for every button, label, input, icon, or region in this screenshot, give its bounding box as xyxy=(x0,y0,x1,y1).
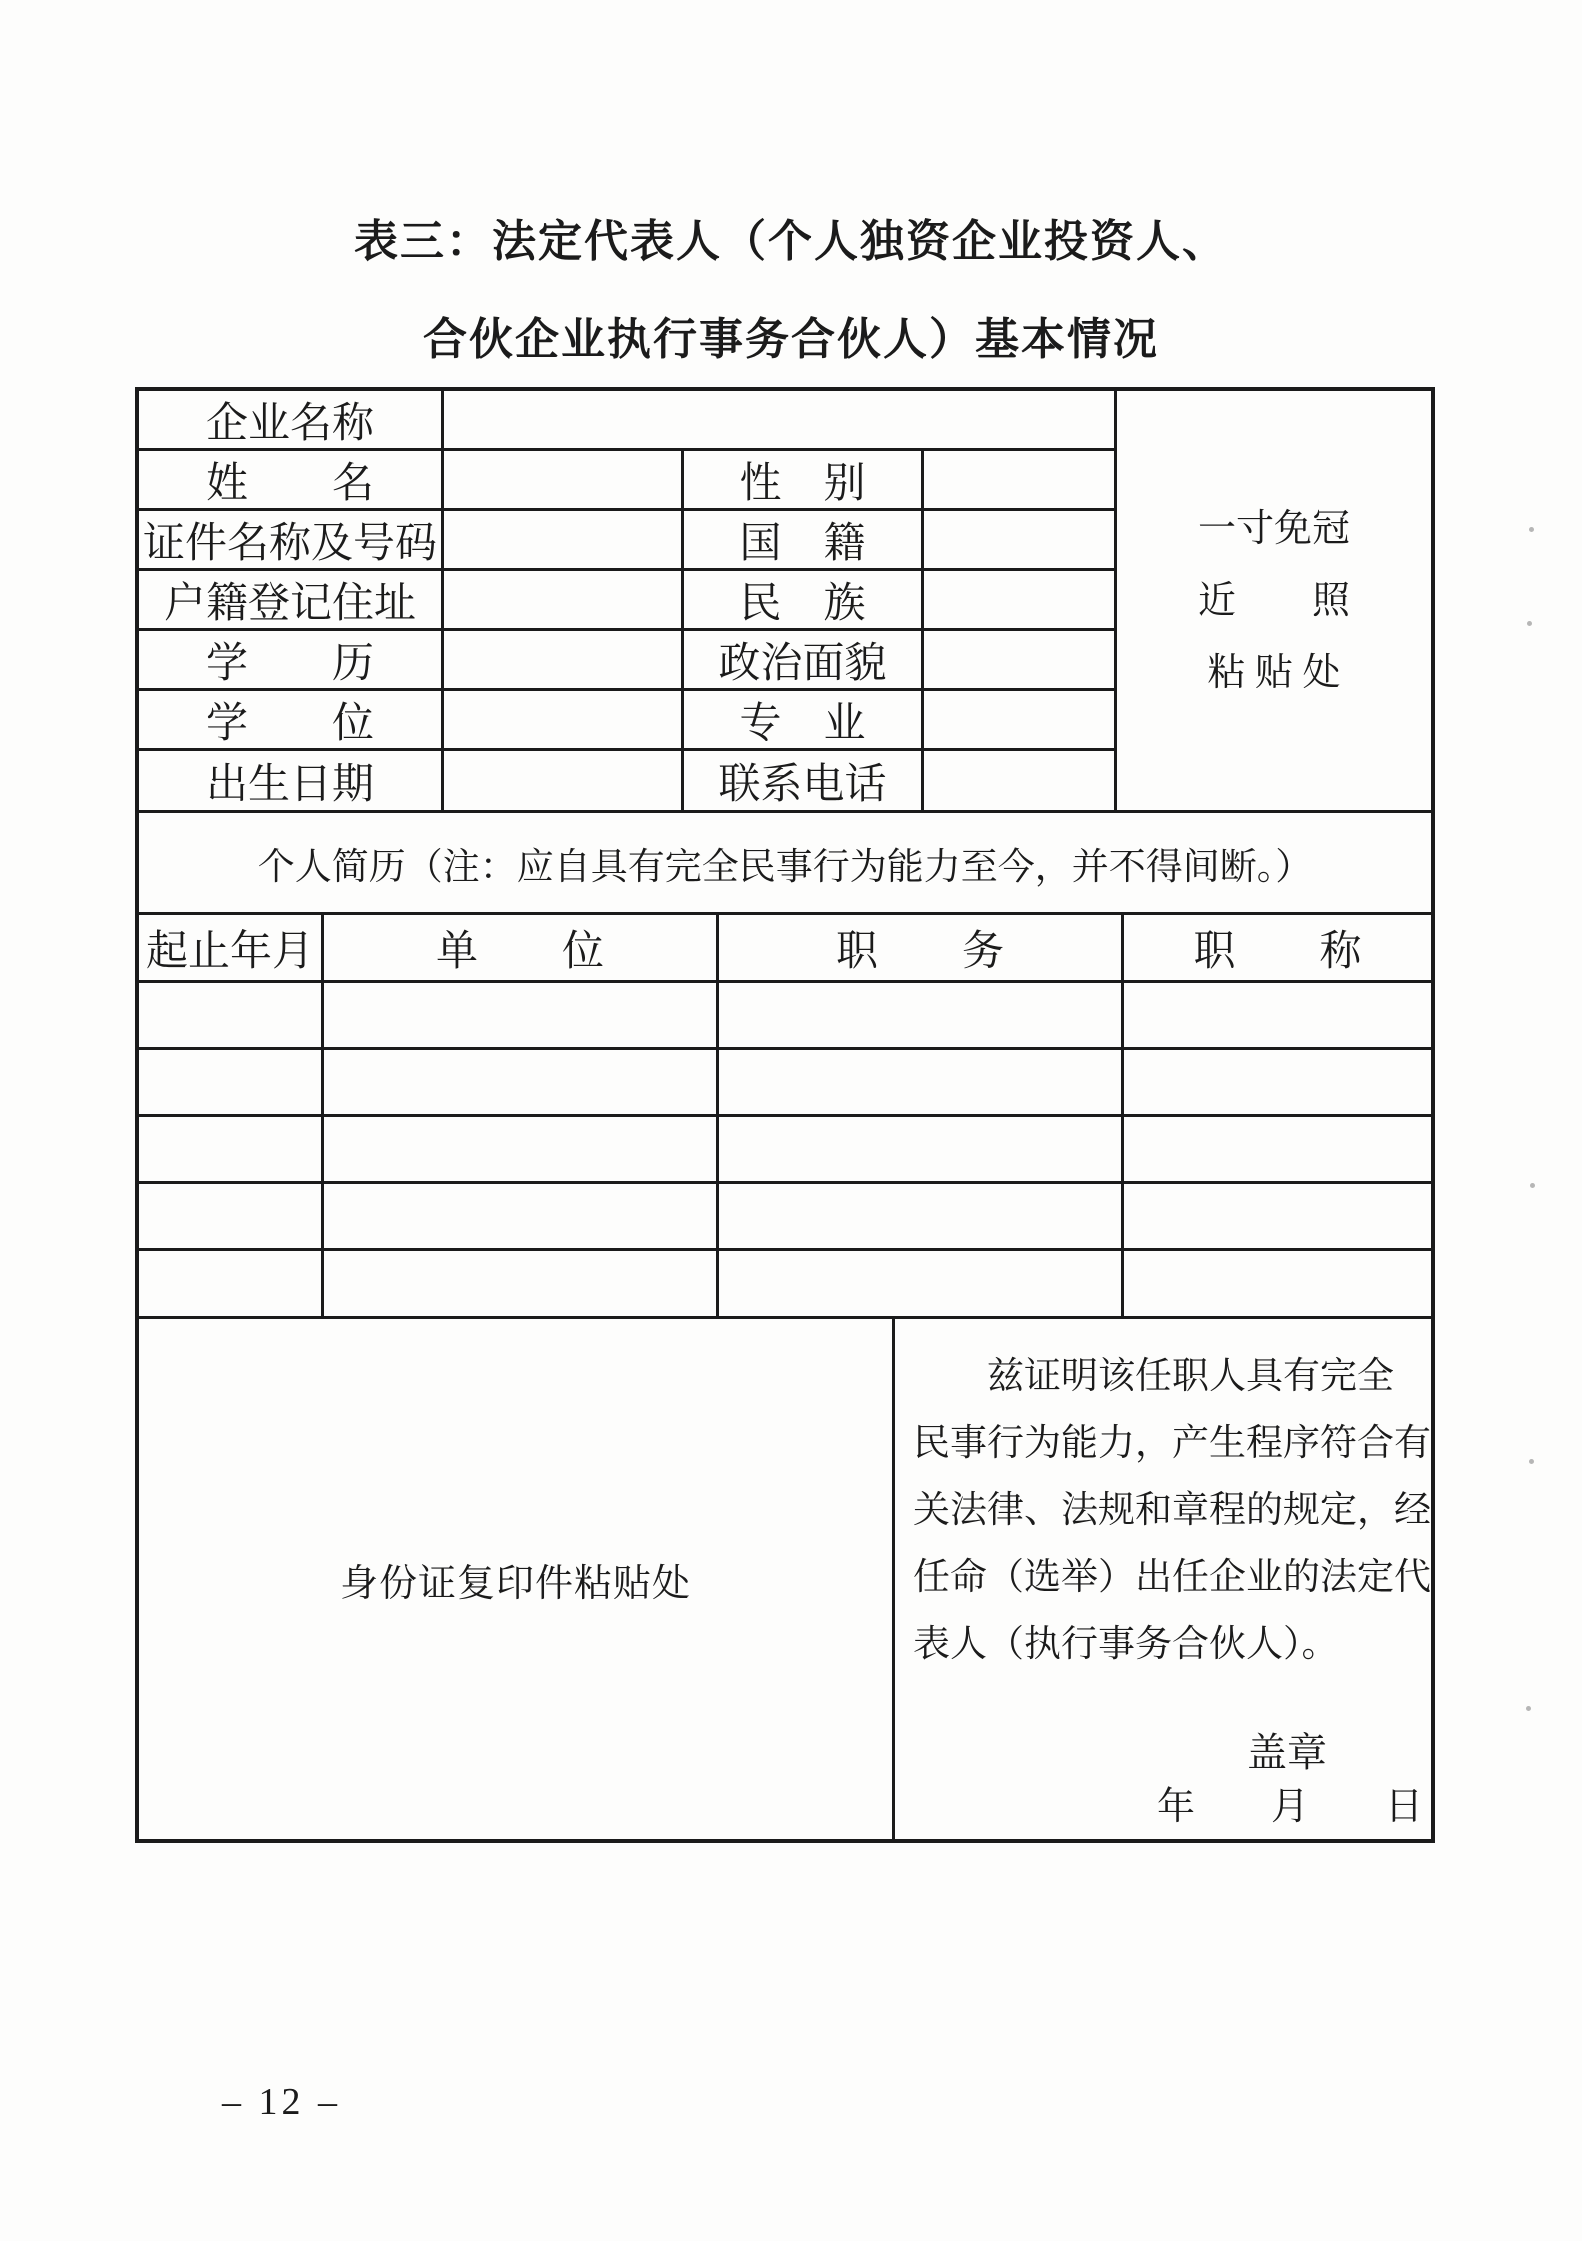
company-name-label: 企业名称 xyxy=(139,391,444,448)
phone-field xyxy=(924,751,1114,810)
bottom-section: 身份证复印件粘贴处 兹证明该任职人具有完全 民事行为能力，产生程序符合有 关法律… xyxy=(139,1319,1431,1839)
birth-date-field xyxy=(444,751,684,810)
career-col-title-header: 职 称 xyxy=(1124,915,1431,980)
career-period-cell xyxy=(139,1117,324,1181)
id-document-label: 证件名称及号码 xyxy=(139,511,444,568)
career-unit-cell xyxy=(324,1251,719,1316)
certification-line: 关法律、法规和章程的规定，经 xyxy=(913,1477,1431,1544)
career-empty-row xyxy=(139,983,1431,1050)
career-col-position-header: 职 务 xyxy=(719,915,1124,980)
career-position-cell xyxy=(719,1117,1124,1181)
career-col-unit-header: 单 位 xyxy=(324,915,719,980)
seal-label: 盖章 xyxy=(913,1730,1431,1776)
degree-field xyxy=(444,691,684,748)
major-label: 专 业 xyxy=(684,691,924,748)
degree-label: 学 位 xyxy=(139,691,444,748)
career-unit-cell xyxy=(324,1050,719,1114)
career-empty-row xyxy=(139,1251,1431,1319)
ethnicity-label: 民 族 xyxy=(684,571,924,628)
career-position-cell xyxy=(719,983,1124,1047)
table-row: 证件名称及号码 国 籍 xyxy=(139,511,1114,571)
form-title-line1: 表三：法定代表人（个人独资企业投资人、 xyxy=(0,214,1582,270)
career-title-cell xyxy=(1124,1050,1431,1114)
certification-line: 表人（执行事务合伙人）。 xyxy=(913,1611,1431,1678)
career-position-cell xyxy=(719,1184,1124,1248)
table-row: 学 历 政治面貌 xyxy=(139,631,1114,691)
education-label: 学 历 xyxy=(139,631,444,688)
major-field xyxy=(924,691,1114,748)
career-empty-row xyxy=(139,1050,1431,1117)
personal-info-grid: 企业名称 姓 名 性 别 证件名称及号码 国 籍 户籍登记住址 xyxy=(139,391,1114,810)
company-name-field xyxy=(444,391,1114,448)
certification-statement-cell: 兹证明该任职人具有完全 民事行为能力，产生程序符合有 关法律、法规和章程的规定，… xyxy=(895,1319,1431,1839)
scan-speck xyxy=(1529,527,1534,532)
career-period-cell xyxy=(139,1251,324,1316)
career-position-cell xyxy=(719,1251,1124,1316)
photo-paste-text-line3: 粘 贴 处 xyxy=(1207,637,1340,709)
ethnicity-field xyxy=(924,571,1114,628)
certification-line: 任命（选举）出任企业的法定代 xyxy=(913,1544,1431,1611)
table-row: 户籍登记住址 民 族 xyxy=(139,571,1114,631)
career-col-period-header: 起止年月 xyxy=(139,915,324,980)
scan-speck xyxy=(1526,1706,1531,1711)
education-field xyxy=(444,631,684,688)
political-status-field xyxy=(924,631,1114,688)
registered-address-label: 户籍登记住址 xyxy=(139,571,444,628)
career-header-row: 起止年月 单 位 职 务 职 称 xyxy=(139,915,1431,983)
scanned-form-page: 表三：法定代表人（个人独资企业投资人、 合伙企业执行事务合伙人）基本情况 企业名… xyxy=(0,0,1582,2241)
registered-address-field xyxy=(444,571,684,628)
id-copy-paste-label: 身份证复印件粘贴处 xyxy=(340,1552,691,1607)
gender-field xyxy=(924,451,1114,508)
scan-speck xyxy=(1530,1183,1535,1188)
scan-speck xyxy=(1527,621,1532,626)
career-title-cell xyxy=(1124,1117,1431,1181)
photo-paste-area: 一寸免冠 近 照 粘 贴 处 xyxy=(1114,391,1431,810)
career-unit-cell xyxy=(324,1117,719,1181)
career-title-cell xyxy=(1124,983,1431,1047)
career-empty-row xyxy=(139,1117,1431,1184)
id-document-field xyxy=(444,511,684,568)
photo-paste-text-line1: 一寸免冠 xyxy=(1198,493,1350,565)
basic-info-form-table: 企业名称 姓 名 性 别 证件名称及号码 国 籍 户籍登记住址 xyxy=(135,387,1435,1843)
certification-line: 兹证明该任职人具有完全 xyxy=(913,1343,1431,1410)
career-period-cell xyxy=(139,983,324,1047)
page-number: – 12 – xyxy=(222,2080,341,2124)
career-unit-cell xyxy=(324,1184,719,1248)
name-label: 姓 名 xyxy=(139,451,444,508)
table-row: 姓 名 性 别 xyxy=(139,451,1114,511)
nationality-label: 国 籍 xyxy=(684,511,924,568)
career-title-cell xyxy=(1124,1184,1431,1248)
gender-label: 性 别 xyxy=(684,451,924,508)
career-period-cell xyxy=(139,1184,324,1248)
date-line: 年 月 日 xyxy=(913,1784,1431,1830)
table-row: 学 位 专 业 xyxy=(139,691,1114,751)
form-title-line2: 合伙企业执行事务合伙人）基本情况 xyxy=(0,312,1582,368)
nationality-field xyxy=(924,511,1114,568)
career-empty-row xyxy=(139,1184,1431,1251)
personal-info-section: 企业名称 姓 名 性 别 证件名称及号码 国 籍 户籍登记住址 xyxy=(139,391,1431,813)
certification-line: 民事行为能力，产生程序符合有 xyxy=(913,1410,1431,1477)
career-unit-cell xyxy=(324,983,719,1047)
career-position-cell xyxy=(719,1050,1124,1114)
scan-speck xyxy=(1529,1459,1534,1464)
photo-paste-text-line2: 近 照 xyxy=(1198,565,1350,637)
resume-note-row: 个人简历（注：应自具有完全民事行为能力至今，并不得间断。） xyxy=(139,813,1431,915)
table-row: 出生日期 联系电话 xyxy=(139,751,1114,810)
phone-label: 联系电话 xyxy=(684,751,924,810)
table-row: 企业名称 xyxy=(139,391,1114,451)
career-title-cell xyxy=(1124,1251,1431,1316)
name-field xyxy=(444,451,684,508)
career-period-cell xyxy=(139,1050,324,1114)
id-copy-paste-area: 身份证复印件粘贴处 xyxy=(139,1319,895,1839)
political-status-label: 政治面貌 xyxy=(684,631,924,688)
birth-date-label: 出生日期 xyxy=(139,751,444,810)
